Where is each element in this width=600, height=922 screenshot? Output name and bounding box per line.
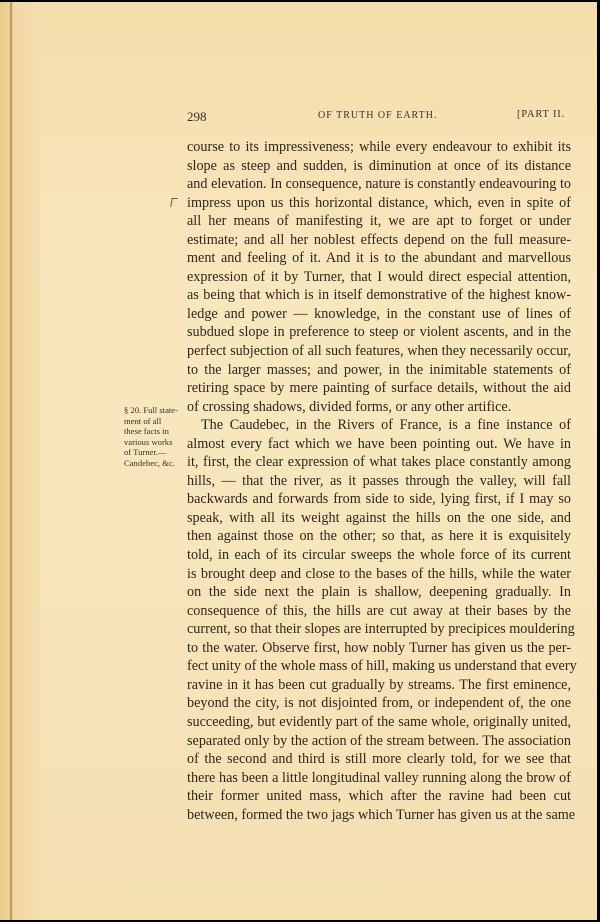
margin-note-line: various works [124,437,186,448]
text-line: perfect subjection of all such features,… [187,342,571,361]
text-line: all her means of manifesting it, we are … [187,212,571,231]
text-line: current, so that their slopes are interr… [187,620,571,639]
text-line: as being that which is in itself demonst… [187,286,571,305]
text-line: to the larger masses; and power, in the … [187,361,571,380]
paragraph-first-line: The Caudebec, in the Rivers of France, i… [187,416,571,435]
text-line: succeeding, but evidently part of the sa… [187,713,571,732]
margin-note-line: these facts in [124,426,186,437]
page-fold-line [10,2,12,920]
text-line: there has been a little longitudinal val… [187,769,571,788]
text-line: told, in each of its circular sweeps the… [187,546,571,565]
page-number: 298 [187,109,207,125]
text-line: ravine in it has been cut gradually by s… [187,676,571,695]
text-line: is brought deep and close to the bases o… [187,565,571,584]
text-line: hills, — that the river, as it passes th… [187,472,571,491]
text-line: consequence of this, the hills are cut a… [187,602,571,621]
text-line: separated only by the action of the stre… [187,732,571,751]
text-line: it, first, the clear expression of what … [187,453,571,472]
text-line: ment and feeling of it. And it is to the… [187,249,571,268]
text-line: almost every fact which we have been poi… [187,435,571,454]
running-head: 298 OF TRUTH OF EARTH. [PART II. [187,109,574,125]
text-line: of crossing shadows, divided forms, or a… [187,398,571,417]
text-line: speak, with all its weight against the h… [187,509,571,528]
part-label: [PART II. [517,109,565,120]
text-line: and elevation. In consequence, nature is… [187,175,571,194]
text-line: of the second and third is still more cl… [187,750,571,769]
text-line: impress upon us this horizontal distance… [187,194,571,213]
text-line: expression of it by Turner, that I would… [187,268,571,287]
book-page: 298 OF TRUTH OF EARTH. [PART II. § 20. F… [0,2,597,920]
text-line: their former united mass, which after th… [187,787,571,806]
margin-note-line: of Turner.— [124,447,186,458]
text-line: subdued slope in preference to steep or … [187,323,571,342]
text-line: fect unity of the whole mass of hill, ma… [187,657,571,676]
margin-note-line: Candebec, &c. [124,458,186,469]
text-line: between, formed the two jags which Turne… [187,806,571,825]
text-line: estimate; and all her noblest effects de… [187,231,571,250]
text-line: then against those on the other; so that… [187,527,571,546]
margin-note: § 20. Full state- ment of all these fact… [124,405,186,469]
running-title: OF TRUTH OF EARTH. [318,110,437,121]
text-line: on the side next the plain is shallow, d… [187,583,571,602]
margin-note-line: ment of all [124,416,186,427]
page-gutter-shade [0,2,40,920]
pencil-mark-icon [170,198,178,207]
body-text: course to its impressiveness; while ever… [187,138,571,824]
text-line: course to its impressiveness; while ever… [187,138,571,157]
text-line: retiring space by mere painting of surfa… [187,379,571,398]
text-line: slope as steep and sudden, is diminution… [187,157,571,176]
text-line: backwards and forwards from side to side… [187,490,571,509]
text-line: ledge and power — knowledge, in the cons… [187,305,571,324]
margin-note-line: § 20. Full state- [124,405,186,416]
text-line: beyond the city, is not disjointed from,… [187,694,571,713]
text-line: to the water. Observe first, how nobly T… [187,639,571,658]
